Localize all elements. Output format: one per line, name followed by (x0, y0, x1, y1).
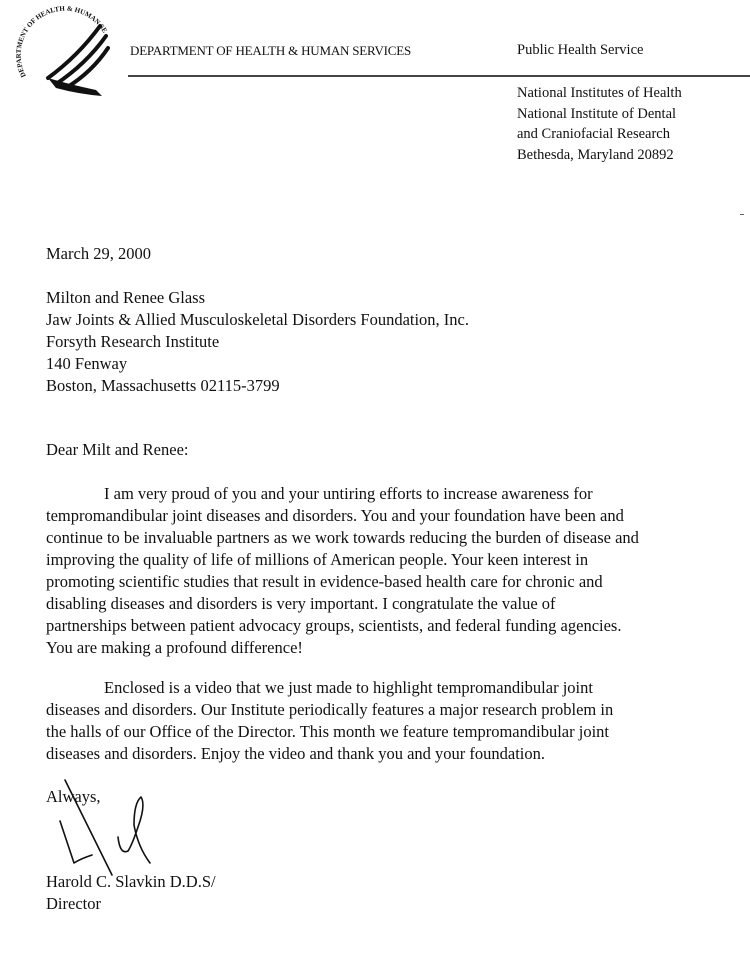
recipient-line: Boston, Massachusetts 02115-3799 (46, 375, 469, 397)
hhs-seal-icon: DEPARTMENT OF HEALTH & HUMAN SERVICES-US… (8, 6, 120, 106)
signer-name: Harold C. Slavkin D.D.S/ (46, 871, 216, 893)
letterhead-divider (128, 75, 750, 77)
paragraph-line: improving the quality of life of million… (46, 549, 639, 571)
paragraph-1: I am very proud of you and your untiring… (46, 483, 639, 659)
department-name: DEPARTMENT OF HEALTH & HUMAN SERVICES (130, 43, 411, 59)
paragraph-line: Enclosed is a video that we just made to… (46, 677, 613, 699)
paragraph-line: disabling diseases and disorders is very… (46, 593, 639, 615)
signature-icon (40, 775, 170, 885)
recipient-line: Jaw Joints & Allied Musculoskeletal Diso… (46, 309, 469, 331)
recipient-line: 140 Fenway (46, 353, 469, 375)
margin-mark (740, 214, 744, 215)
salutation: Dear Milt and Renee: (46, 439, 189, 461)
recipient-line: Milton and Renee Glass (46, 287, 469, 309)
paragraph-line: I am very proud of you and your untiring… (46, 483, 639, 505)
paragraph-line: tempromandibular joint diseases and diso… (46, 505, 639, 527)
paragraph-line: continue to be invaluable partners as we… (46, 527, 639, 549)
paragraph-line: diseases and disorders. Enjoy the video … (46, 743, 613, 765)
signer-title: Director (46, 893, 216, 915)
public-health-service: Public Health Service (517, 42, 643, 59)
recipient-line: Forsyth Research Institute (46, 331, 469, 353)
paragraph-2: Enclosed is a video that we just made to… (46, 677, 613, 765)
letter-date: March 29, 2000 (46, 243, 151, 265)
paragraph-line: diseases and disorders. Our Institute pe… (46, 699, 613, 721)
paragraph-line: partnerships between patient advocacy gr… (46, 615, 639, 637)
agency-line: National Institutes of Health (517, 83, 682, 104)
signer-block: Harold C. Slavkin D.D.S/ Director (46, 871, 216, 915)
paragraph-line: You are making a profound difference! (46, 637, 639, 659)
agency-line: and Craniofacial Research (517, 124, 682, 145)
agency-address: National Institutes of Health National I… (517, 83, 682, 165)
agency-line: National Institute of Dental (517, 104, 682, 125)
paragraph-line: promoting scientific studies that result… (46, 571, 639, 593)
agency-line: Bethesda, Maryland 20892 (517, 145, 682, 166)
recipient-address: Milton and Renee Glass Jaw Joints & Alli… (46, 287, 469, 397)
paragraph-line: the halls of our Office of the Director.… (46, 721, 613, 743)
